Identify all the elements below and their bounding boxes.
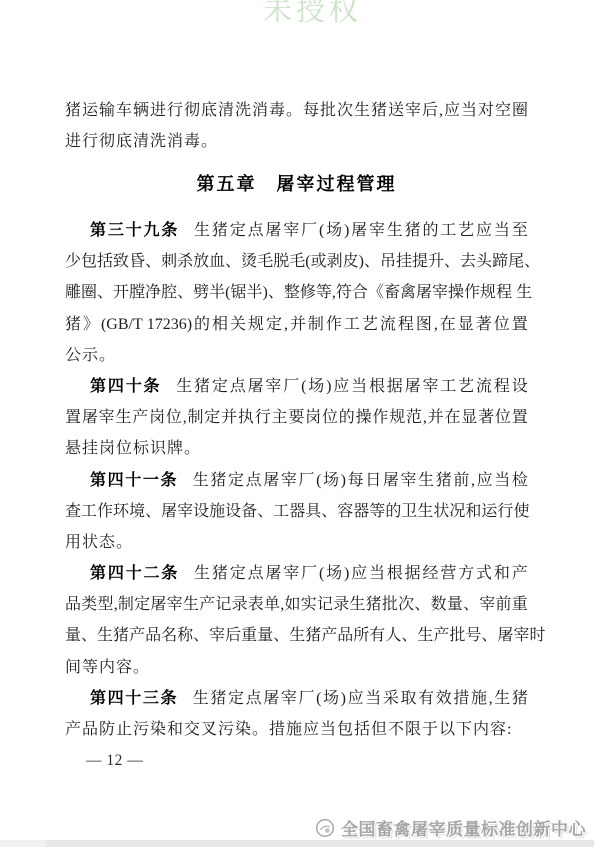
article-line: 少包括致昏、刺杀放血、烫毛脱毛(或剥皮)、吊挂提升、去头蹄尾、 [65, 246, 528, 277]
article-line: 品类型,制定屠宰生产记录表单,如实记录生猪批次、数量、宰前重 [65, 589, 528, 620]
articles-block: 第三十九条 生猪定点屠宰厂(场)屠宰生猪的工艺应当至 少包括致昏、刺杀放血、烫毛… [65, 215, 528, 745]
document-page: 未授权 猪运输车辆进行彻底清洗消毒。每批次生猪送宰后,应当对空圈 进行彻底清洗消… [0, 0, 594, 847]
article-43: 第四十三条 生猪定点屠宰厂(场)应当采取有效措施,生猪 产品防止污染和交叉污染。… [65, 683, 528, 745]
article-line: 第四十三条 生猪定点屠宰厂(场)应当采取有效措施,生猪 [65, 683, 528, 714]
article-41: 第四十一条 生猪定点屠宰厂(场)每日屠宰生猪前,应当检 查工作环境、屠宰设施设备… [65, 465, 528, 559]
continued-paragraph: 猪运输车辆进行彻底清洗消毒。每批次生猪送宰后,应当对空圈 进行彻底清洗消毒。 [65, 96, 528, 157]
article-39: 第三十九条 生猪定点屠宰厂(场)屠宰生猪的工艺应当至 少包括致昏、刺杀放血、烫毛… [65, 215, 528, 371]
article-line: 查工作环境、屠宰设施设备、工器具、容器等的卫生状况和运行使 [65, 496, 528, 527]
watermark-unauthorized-text: 未授权 [263, 0, 362, 29]
page-body: 猪运输车辆进行彻底清洗消毒。每批次生猪送宰后,应当对空圈 进行彻底清洗消毒。 第… [65, 96, 528, 745]
article-line: 公示。 [65, 340, 528, 371]
paragraph-line: 进行彻底清洗消毒。 [65, 127, 528, 158]
article-line: 量、生猪产品名称、宰后重量、生猪产品所有人、生产批号、屠宰时 [65, 620, 528, 651]
bottom-edge-notch [0, 840, 46, 847]
article-line: 雕圈、开膛净腔、劈半(锯半)、整修等,符合《畜禽屠宰操作规程 生 [65, 277, 528, 308]
article-line: 悬挂岗位标识牌。 [65, 433, 528, 464]
article-42: 第四十二条 生猪定点屠宰厂(场)应当根据经营方式和产 品类型,制定屠宰生产记录表… [65, 558, 528, 683]
page-number: — 12 — [86, 752, 143, 770]
article-line: 猪》(GB/T 17236)的相关规定,并制作工艺流程图,在显著位置 [65, 309, 528, 340]
article-40: 第四十条 生猪定点屠宰厂(场)应当根据屠宰工艺流程设 置屠宰生产岗位,制定并执行… [65, 371, 528, 465]
footer-logo-icon [315, 818, 335, 838]
footer: 全国畜禽屠宰质量标准创新中心 [315, 815, 586, 840]
article-line: 第四十条 生猪定点屠宰厂(场)应当根据屠宰工艺流程设 [65, 371, 528, 402]
footer-org-name: 全国畜禽屠宰质量标准创新中心 [341, 815, 586, 840]
article-line: 第四十一条 生猪定点屠宰厂(场)每日屠宰生猪前,应当检 [65, 465, 528, 496]
bottom-edge-bar [0, 840, 594, 847]
article-line: 第四十二条 生猪定点屠宰厂(场)应当根据经营方式和产 [65, 558, 528, 589]
paragraph-line: 猪运输车辆进行彻底清洗消毒。每批次生猪送宰后,应当对空圈 [65, 96, 528, 127]
article-line: 用状态。 [65, 527, 528, 558]
article-line: 间等内容。 [65, 652, 528, 683]
article-line: 置屠宰生产岗位,制定并执行主要岗位的操作规范,并在显著位置 [65, 402, 528, 433]
chapter-heading: 第五章 屠宰过程管理 [65, 169, 528, 200]
article-line: 产品防止污染和交叉污染。措施应当包括但不限于以下内容: [65, 714, 528, 745]
article-line: 第三十九条 生猪定点屠宰厂(场)屠宰生猪的工艺应当至 [65, 215, 528, 246]
